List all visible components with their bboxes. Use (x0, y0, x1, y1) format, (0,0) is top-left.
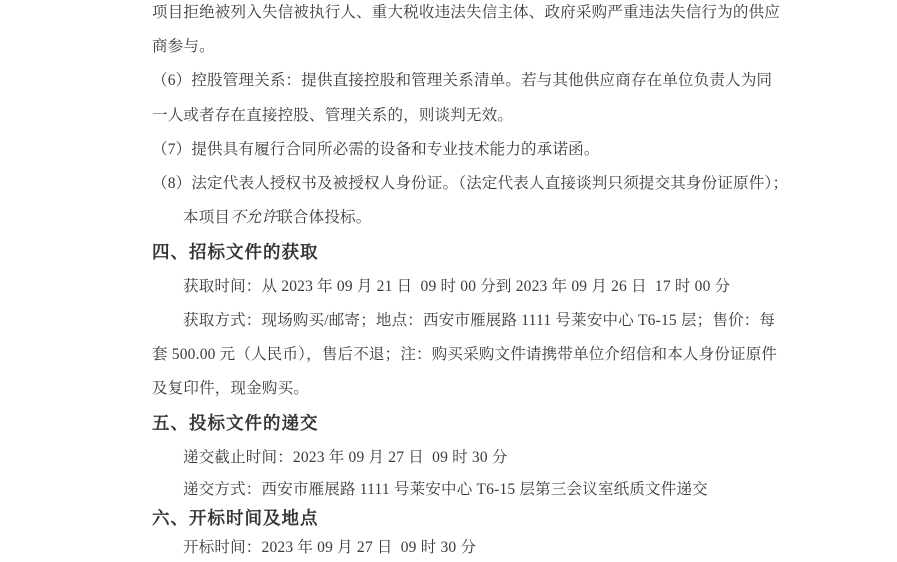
heading-section-6-bid-opening: 六、开标时间及地点 (152, 504, 812, 533)
text-run: 一人或者存在直接控股、管理关系的，则谈判无效。 (152, 107, 513, 124)
text-run: 六、开标时间及地点 (152, 508, 319, 528)
item-6-holding-management-relationship-line-1: （6）控股管理关系：提供直接控股和管理关系清单。若与其他供应商存在单位负责人为同 (152, 64, 812, 98)
emphasized-text-run: 不允许 (230, 209, 277, 226)
text-run: （8）法定代表人授权书及被授权人身份证。（法定代表人直接谈判只须提交其身份证原件… (152, 175, 788, 192)
heading-section-5-bid-submission: 五、投标文件的递交 (152, 406, 812, 440)
item-8-legal-representative-authorization: （8）法定代表人授权书及被授权人身份证。（法定代表人直接谈判只须提交其身份证原件… (152, 167, 812, 201)
text-run: 商参与。 (152, 38, 215, 55)
text-run: 递交截止时间：2023 年 09 月 27 日 09 时 30 分 (183, 449, 508, 466)
text-run: 获取方式：现场购买/邮寄；地点：西安市雁展路 1111 号莱安中心 T6-15 … (183, 312, 775, 329)
note-no-consortium-bidding: 本项目不允许联合体投标。 (152, 201, 812, 235)
bid-opening-time: 开标时间：2023 年 09 月 27 日 09 时 30 分 (152, 533, 812, 562)
text-run: 开标时间：2023 年 09 月 27 日 09 时 30 分 (183, 539, 476, 556)
text-run: 项目拒绝被列入失信被执行人、重大税收违法失信主体、政府采购严重违法失信行为的供应 (152, 4, 780, 21)
obtain-method-line-2: 套 500.00 元（人民币），售后不退；注：购买采购文件请携带单位介绍信和本人… (152, 338, 812, 372)
document-page: 项目拒绝被列入失信被执行人、重大税收违法失信主体、政府采购严重违法失信行为的供应… (0, 0, 897, 562)
submission-method: 递交方式：西安市雁展路 1111 号莱安中心 T6-15 层第三会议室纸质文件递… (152, 475, 812, 504)
text-run: （6）控股管理关系：提供直接控股和管理关系清单。若与其他供应商存在单位负责人为同 (152, 72, 772, 89)
obtain-method-line-1: 获取方式：现场购买/邮寄；地点：西安市雁展路 1111 号莱安中心 T6-15 … (152, 304, 812, 338)
text-run: 四、招标文件的获取 (152, 242, 319, 262)
document-content: 项目拒绝被列入失信被执行人、重大税收违法失信主体、政府采购严重违法失信行为的供应… (152, 0, 812, 562)
text-run: 五、投标文件的递交 (152, 413, 319, 433)
text-run: 本项目 (183, 209, 230, 226)
submission-deadline: 递交截止时间：2023 年 09 月 27 日 09 时 30 分 (152, 441, 812, 475)
item-6-holding-management-relationship-line-2: 一人或者存在直接控股、管理关系的，则谈判无效。 (152, 99, 812, 133)
text-run: 联合体投标。 (277, 209, 371, 226)
obtain-method-line-3: 及复印件，现金购买。 (152, 372, 812, 406)
obtain-time: 获取时间：从 2023 年 09 月 21 日 09 时 00 分到 2023 … (152, 270, 812, 304)
text-run: 套 500.00 元（人民币），售后不退；注：购买采购文件请携带单位介绍信和本人… (152, 346, 777, 363)
text-run: 递交方式：西安市雁展路 1111 号莱安中心 T6-15 层第三会议室纸质文件递… (183, 481, 708, 498)
para-dishonest-supplier-exclusion-line-1: 项目拒绝被列入失信被执行人、重大税收违法失信主体、政府采购严重违法失信行为的供应 (152, 0, 812, 30)
item-7-equipment-capability-commitment: （7）提供具有履行合同所必需的设备和专业技术能力的承诺函。 (152, 133, 812, 167)
text-run: （7）提供具有履行合同所必需的设备和专业技术能力的承诺函。 (152, 141, 600, 158)
heading-section-4-obtaining-bid-documents: 四、招标文件的获取 (152, 235, 812, 269)
para-dishonest-supplier-exclusion-line-2: 商参与。 (152, 30, 812, 64)
text-run: 获取时间：从 2023 年 09 月 21 日 09 时 00 分到 2023 … (183, 278, 730, 295)
text-run: 及复印件，现金购买。 (152, 380, 309, 397)
